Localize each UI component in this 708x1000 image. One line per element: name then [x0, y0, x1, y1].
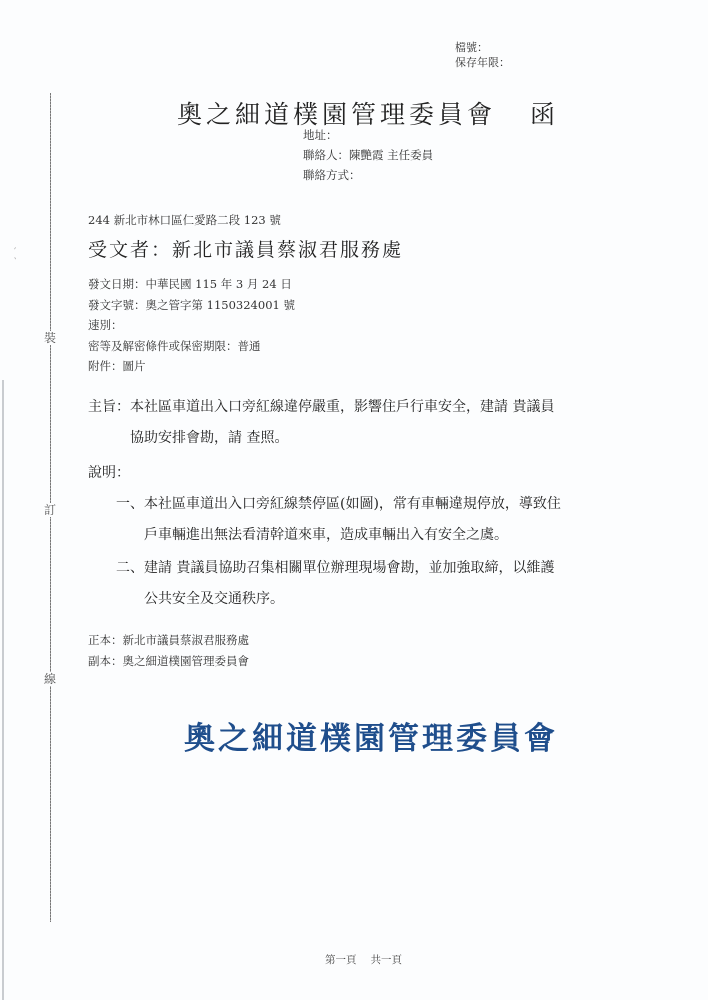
explanation-item-1-line-2: 戶車輛進出無法看清幹道來車，造成車輛出入有安全之虞。: [88, 520, 668, 551]
explanation-section: 說明： 一、本社區車道出入口旁紅線禁停區(如圖)，常有車輛違規停放，導致住 戶車…: [88, 458, 668, 615]
subject-section: 主旨：本社區車道出入口旁紅線違停嚴重，影響住戶行車安全，建請 貴議員 協助安排會…: [88, 392, 668, 454]
doc-type: 函: [530, 100, 559, 129]
explanation-item-2-line-1: 二、建請 貴議員協助召集相關單位辦理現場會勘，並加強取締，以維護: [88, 553, 668, 584]
scan-specks: ′‵: [14, 248, 16, 268]
subject-line-1: 主旨：本社區車道出入口旁紅線違停嚴重，影響住戶行車安全，建請 貴議員: [88, 392, 668, 423]
document-number: 發文字號：奧之管字第 1150324001 號: [88, 295, 295, 316]
document-meta: 發文日期：中華民國 115 年 3 月 24 日 發文字號：奧之管字第 1150…: [88, 274, 295, 377]
duplicate-copy: 副本：奧之細道樸園管理委員會: [88, 651, 249, 672]
binding-label-zhuang: 裝: [43, 331, 57, 345]
recipient-line: 受文者：新北市議員蔡淑君服務處: [88, 235, 403, 262]
contact-block: 地址： 聯絡人：陳艷霞 主任委員 聯絡方式：: [303, 125, 433, 185]
contact-person: 聯絡人：陳艷霞 主任委員: [303, 145, 433, 165]
urgency: 速別：: [88, 315, 295, 336]
file-number-label: 檔號：: [455, 40, 513, 55]
address-label: 地址：: [303, 125, 433, 145]
page-footer: 第一頁共一頁: [325, 952, 402, 967]
official-letter-page: 裝 訂 線 ′‵ 檔號： 保存年限： 奧之細道樸園管理委員會函 地址： 聯絡人：…: [0, 0, 708, 1000]
scan-edge: [2, 380, 4, 1000]
contact-method-label: 聯絡方式：: [303, 165, 433, 185]
explanation-heading: 說明：: [88, 458, 668, 489]
classification: 密等及解密條件或保密期限：普通: [88, 336, 295, 357]
explanation-item-2-line-2: 公共安全及交通秩序。: [88, 584, 668, 615]
page-total: 共一頁: [371, 954, 403, 966]
recipient-postal-address: 244 新北市林口區仁愛路二段 123 號: [88, 212, 281, 228]
subject-line-2: 協助安排會勘，請 查照。: [88, 423, 668, 454]
organization-seal-stamp: 奧之細道樸園管理委員會: [184, 713, 558, 758]
binding-label-xian: 線: [43, 672, 57, 686]
issue-date: 發文日期：中華民國 115 年 3 月 24 日: [88, 274, 295, 295]
copies-section: 正本：新北市議員蔡淑君服務處 副本：奧之細道樸園管理委員會: [88, 630, 249, 672]
binding-label-ding: 訂: [43, 503, 57, 517]
retention-label: 保存年限：: [455, 55, 513, 70]
file-meta: 檔號： 保存年限：: [455, 40, 513, 70]
page-number: 第一頁: [325, 954, 357, 966]
original-copy: 正本：新北市議員蔡淑君服務處: [88, 630, 249, 651]
attachment: 附件：圖片: [88, 356, 295, 377]
explanation-item-1-line-1: 一、本社區車道出入口旁紅線禁停區(如圖)，常有車輛違規停放，導致住: [88, 489, 668, 520]
